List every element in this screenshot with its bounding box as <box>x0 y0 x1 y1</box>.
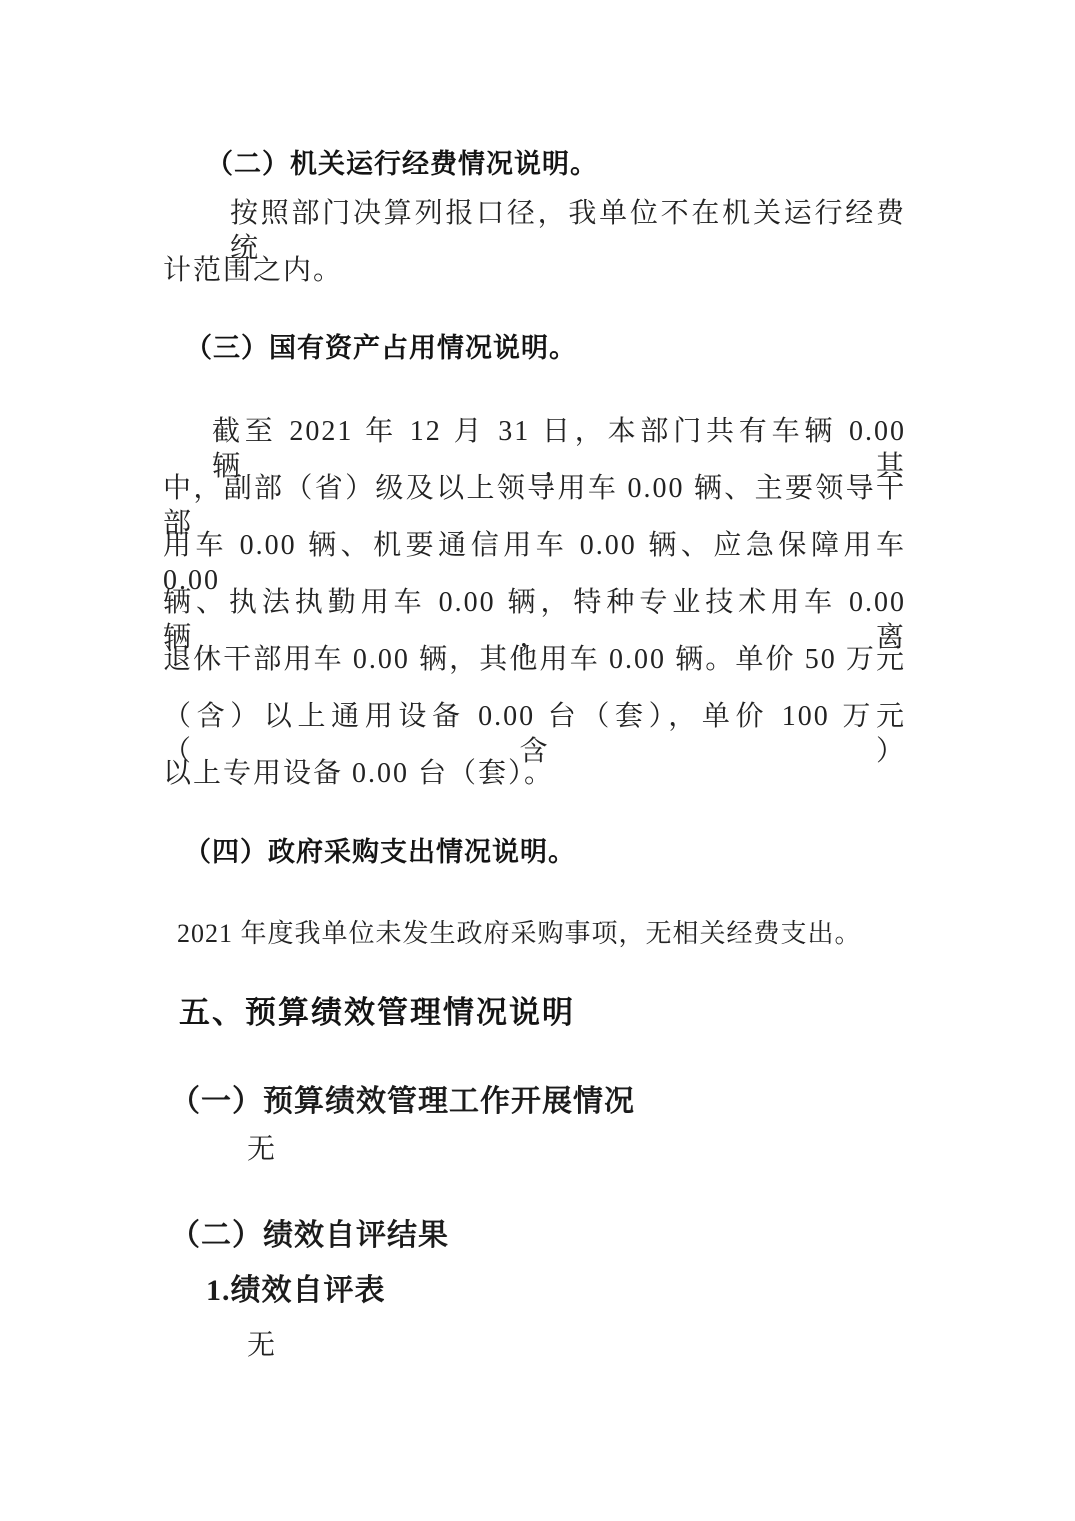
paragraph-line: 以上专用设备 0.00 台（套）。 <box>163 756 554 791</box>
subsection-heading-performance-work: （一）预算绩效管理工作开展情况 <box>170 1084 635 1120</box>
section-heading-organ-operating-expenses: （二）机关运行经费情况说明。 <box>206 148 598 180</box>
section-heading-government-procurement: （四）政府采购支出情况说明。 <box>184 836 576 868</box>
section-heading-state-owned-assets: （三）国有资产占用情况说明。 <box>185 332 577 364</box>
none-value: 无 <box>247 1328 277 1363</box>
document-page: （二）机关运行经费情况说明。 按照部门决算列报口径，我单位不在机关运行经费统 计… <box>0 0 1075 1521</box>
subsection-heading-self-evaluation: （二）绩效自评结果 <box>170 1218 449 1254</box>
none-value: 无 <box>247 1132 277 1167</box>
chapter-heading-budget-performance: 五、预算绩效管理情况说明 <box>179 994 575 1031</box>
paragraph-line: 计范围之内。 <box>163 253 343 288</box>
paragraph-line: 退休干部用车 0.00 辆，其他用车 0.00 辆。单价 50 万元 <box>163 642 906 677</box>
paragraph-line: 2021 年度我单位未发生政府采购事项，无相关经费支出。 <box>177 918 862 951</box>
subsection-heading-self-evaluation-table: 1.绩效自评表 <box>206 1273 386 1309</box>
